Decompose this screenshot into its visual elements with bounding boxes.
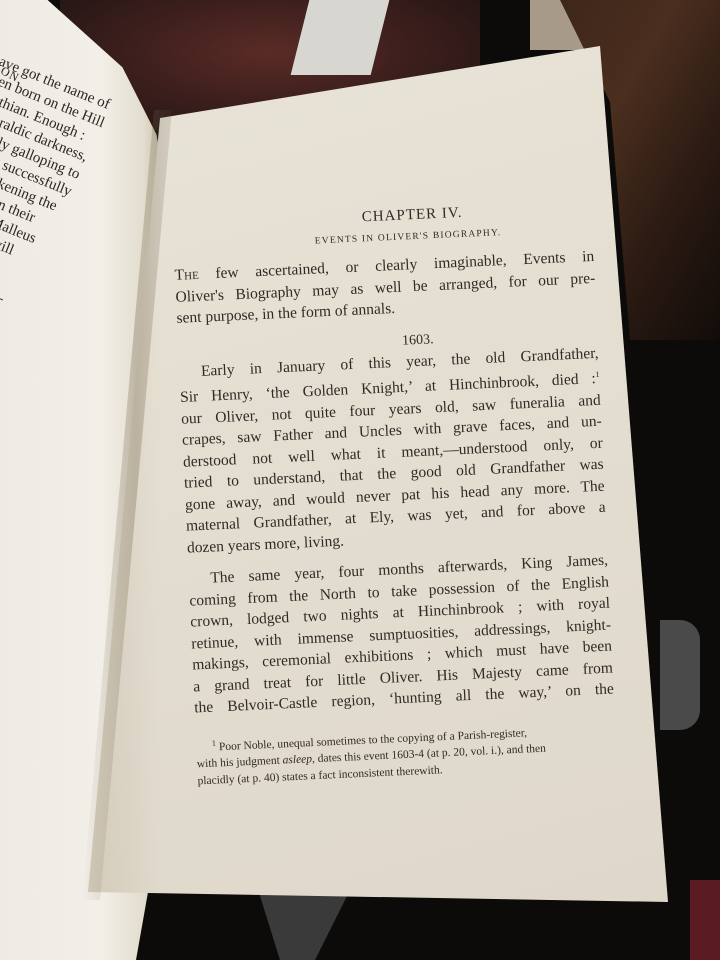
footnote-italic: asleep: [282, 754, 312, 767]
footnote-text: with his judgment: [197, 755, 283, 771]
background-tile-right: [660, 620, 700, 730]
intro-paragraph: The few ascertained, or clearly imaginab…: [174, 246, 596, 329]
footnote-ref[interactable]: 1: [595, 370, 599, 379]
right-page-content: CHAPTER IV. Events in Oliver's Biography…: [172, 198, 638, 791]
left-page-text: have got the name of been born on the Hi…: [0, 50, 135, 327]
paragraph-1: Early in January of this year, the old G…: [179, 342, 608, 559]
paragraph-2: The same year, four months afterwards, K…: [188, 550, 614, 719]
intro-lead: The: [174, 266, 199, 284]
background-red-corner: [690, 880, 720, 960]
